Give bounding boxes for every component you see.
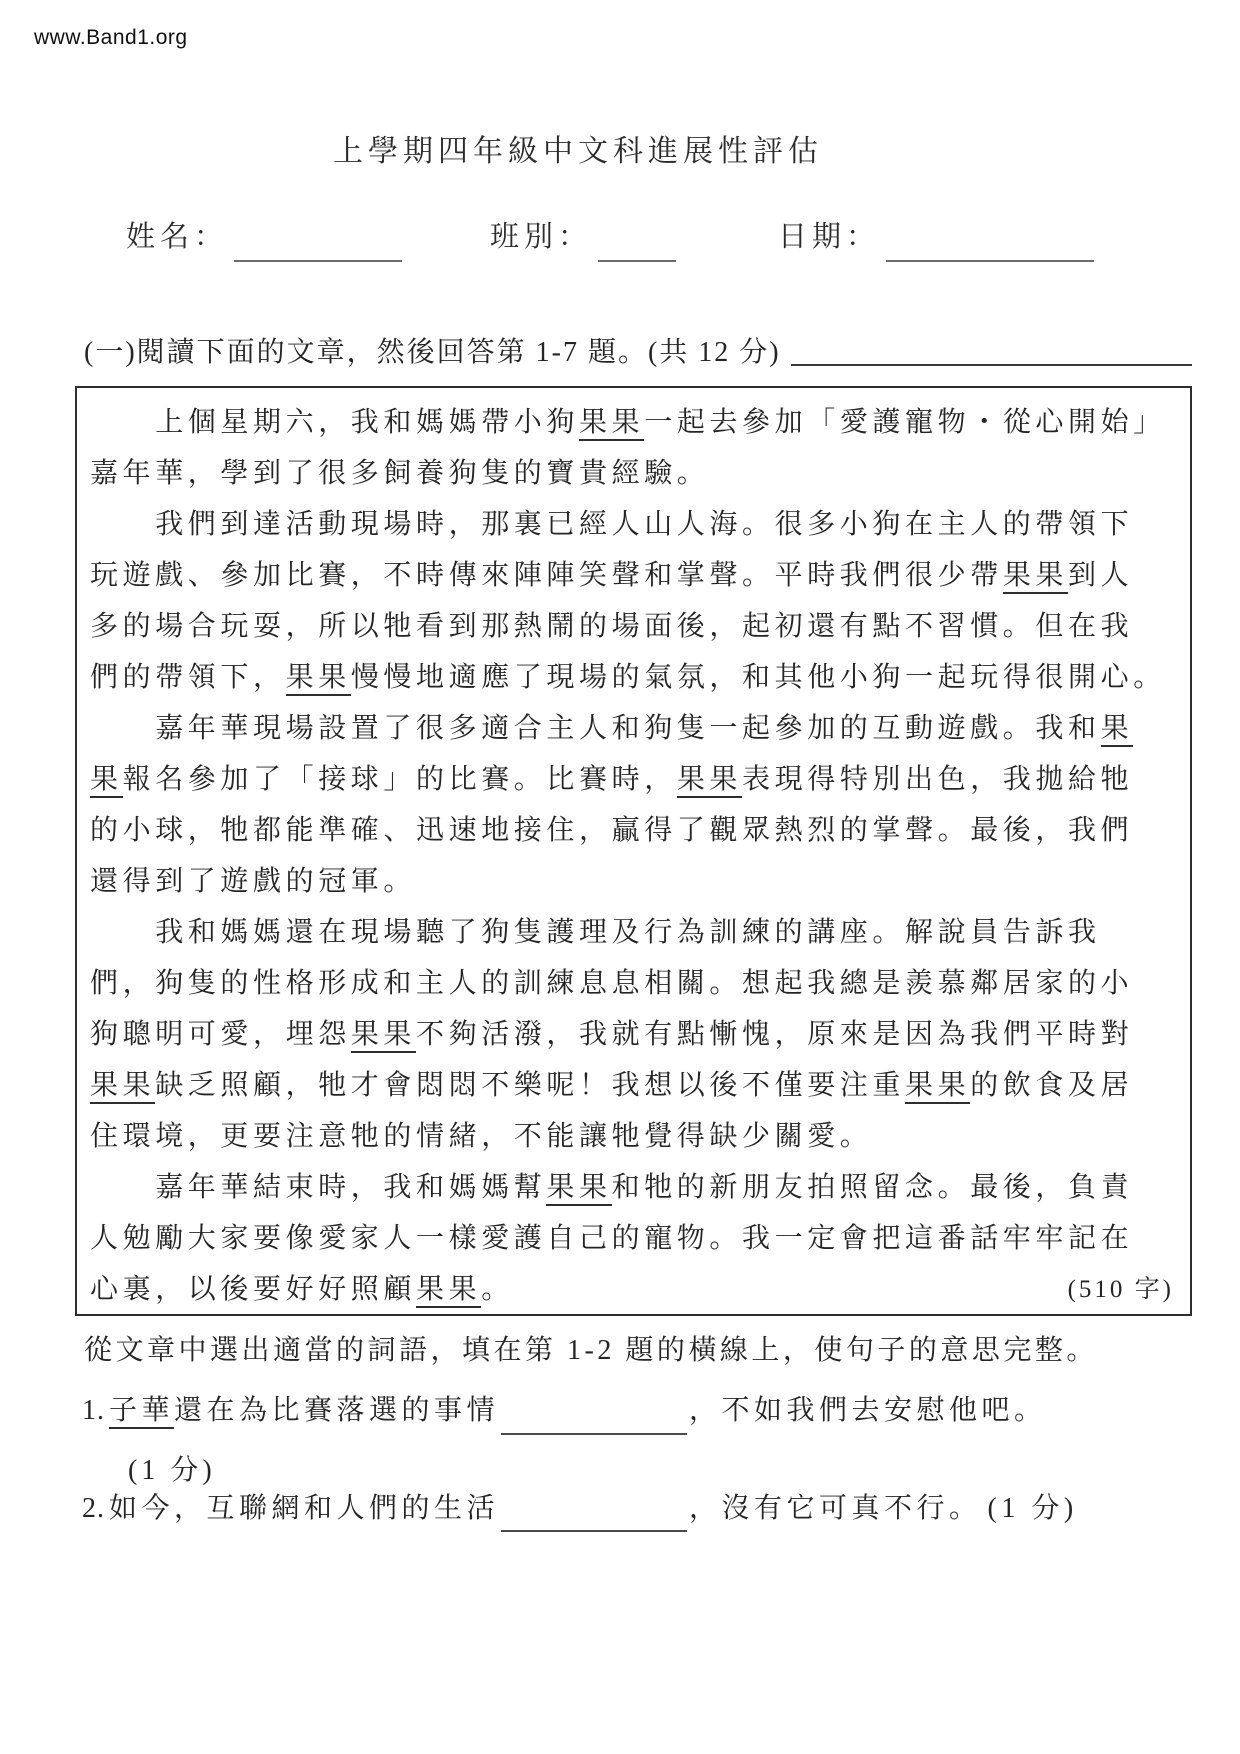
- section-heading: (一)閱讀下面的文章，然後回答第 1-7 題。(共 12 分): [84, 330, 1192, 370]
- passage-line: 果報名參加了「接球」的比賽。比賽時，果果表現得特別出色，我拋給牠: [90, 754, 1178, 805]
- text-segment: 報名參加了「接球」的比賽。比賽時，: [123, 764, 677, 795]
- text-segment: 還在為比賽落選的事情: [174, 1395, 499, 1426]
- text-segment: 我們到達活動現場時，那裏已經人山人海。很多小狗在主人的帶領下: [90, 509, 1133, 540]
- text-segment: 住環境，更要注意牠的情緒，不能讓牠覺得缺少關愛。: [90, 1121, 872, 1152]
- passage-line: 多的場合玩耍，所以牠看到那熱鬧的場面後，起初還有點不習慣。但在我: [90, 601, 1178, 652]
- underlined-word: 果果: [905, 1070, 970, 1104]
- text-segment: 嘉年華，學到了很多飼養狗隻的寶貴經驗。: [90, 458, 709, 489]
- text-segment: 不夠活潑，我就有點慚愧，原來是因為我們平時對: [416, 1019, 1133, 1050]
- text-segment: 缺乏照顧，牠才會悶悶不樂呢！我想以後不僅要注重: [155, 1070, 905, 1101]
- answer-blank-line: [501, 1395, 687, 1435]
- text-segment: 們，狗隻的性格形成和主人的訓練息息相關。想起我總是羨慕鄰居家的小: [90, 968, 1133, 999]
- passage-line: 住環境，更要注意牠的情緒，不能讓牠覺得缺少關愛。: [90, 1111, 1178, 1162]
- passage-lines: 上個星期六，我和媽媽帶小狗果果一起去參加「愛護寵物・從心開始」嘉年華，學到了很多…: [90, 397, 1178, 1315]
- class-blank-line: [598, 260, 676, 262]
- text-segment: 多的場合玩耍，所以牠看到那熱鬧的場面後，起初還有點不習慣。但在我: [90, 611, 1133, 642]
- passage-line: 們，狗隻的性格形成和主人的訓練息息相關。想起我總是羨慕鄰居家的小: [90, 958, 1178, 1009]
- text-segment: 還得到了遊戲的冠軍。: [90, 866, 416, 897]
- passage-box: 上個星期六，我和媽媽帶小狗果果一起去參加「愛護寵物・從心開始」嘉年華，學到了很多…: [75, 386, 1192, 1316]
- heading-rule-line: [791, 364, 1192, 366]
- text-segment: 狗聰明可愛，埋怨: [90, 1019, 351, 1050]
- date-field: 日期：: [778, 214, 1094, 255]
- text-segment: 到人: [1068, 560, 1133, 591]
- name-label: 姓名：: [126, 214, 228, 255]
- class-label: 班別：: [490, 214, 592, 255]
- passage-line: 嘉年華結束時，我和媽媽幫果果和牠的新朋友拍照留念。最後，負責: [90, 1162, 1178, 1213]
- class-field: 班別：: [490, 214, 676, 255]
- word-count: (510 字): [1068, 1264, 1174, 1315]
- underlined-word: 果果: [546, 1172, 611, 1206]
- text-segment: 一起去參加「愛護寵物・從心開始」: [644, 407, 1166, 438]
- student-fields-row: 姓名： 班別： 日期：: [0, 214, 1240, 264]
- text-segment: 的飲食及居: [970, 1070, 1133, 1101]
- passage-line: 嘉年華，學到了很多飼養狗隻的寶貴經驗。: [90, 448, 1178, 499]
- underlined-word: 果果: [90, 1070, 155, 1104]
- text-segment: 嘉年華結束時，我和媽媽幫: [90, 1172, 546, 1203]
- section-heading-text: (一)閱讀下面的文章，然後回答第 1-7 題。(共 12 分): [84, 330, 781, 370]
- name-field: 姓名：: [126, 214, 402, 255]
- questions-instructions: 從文章中選出適當的詞語，填在第 1-2 題的橫線上，使句子的意思完整。: [84, 1328, 1098, 1368]
- text-segment: 嘉年華現場設置了很多適合主人和狗隻一起參加的互動遊戲。我和: [90, 713, 1101, 744]
- name-blank-line: [234, 260, 402, 262]
- page-title: 上學期四年級中文科進展性評估: [0, 126, 1156, 170]
- passage-line: 嘉年華現場設置了很多適合主人和狗隻一起參加的互動遊戲。我和果: [90, 703, 1178, 754]
- question-2: 2.如今，互聯網和人們的生活，沒有它可真不行。(1 分): [82, 1486, 1078, 1532]
- passage-line: 上個星期六，我和媽媽帶小狗果果一起去參加「愛護寵物・從心開始」: [90, 397, 1178, 448]
- text-segment: 們的帶領下，: [90, 662, 286, 693]
- question-marks: (1 分): [988, 1493, 1078, 1524]
- underlined-word: 果果: [579, 407, 644, 441]
- text-segment: 慢慢地適應了現場的氣氛，和其他小狗一起玩得很開心。: [351, 662, 1166, 693]
- text-segment: ，不如我們去安慰他吧。: [689, 1395, 1047, 1426]
- passage-line: 我和媽媽還在現場聽了狗隻護理及行為訓練的講座。解說員告訴我: [90, 907, 1178, 958]
- passage-line: 我們到達活動現場時，那裏已經人山人海。很多小狗在主人的帶領下: [90, 499, 1178, 550]
- passage-line: 還得到了遊戲的冠軍。: [90, 856, 1178, 907]
- text-segment: 上個星期六，我和媽媽帶小狗: [90, 407, 579, 438]
- passage-line: 果果缺乏照顧，牠才會悶悶不樂呢！我想以後不僅要注重果果的飲食及居: [90, 1060, 1178, 1111]
- watermark: www.Band1.org: [34, 26, 188, 50]
- underlined-word: 果: [90, 764, 123, 798]
- text-segment: 心裏，以後要好好照顧: [90, 1274, 416, 1305]
- underlined-word: 果: [1101, 713, 1134, 747]
- exam-page: www.Band1.org 上學期四年級中文科進展性評估 姓名： 班別： 日期：…: [0, 0, 1240, 1754]
- text-segment: 我和媽媽還在現場聽了狗隻護理及行為訓練的講座。解說員告訴我: [90, 917, 1101, 948]
- passage-line: 玩遊戲、參加比賽，不時傳來陣陣笑聲和掌聲。平時我們很少帶果果到人: [90, 550, 1178, 601]
- passage-line: 狗聰明可愛，埋怨果果不夠活潑，我就有點慚愧，原來是因為我們平時對: [90, 1009, 1178, 1060]
- underlined-word: 子華: [109, 1395, 174, 1429]
- underlined-word: 果果: [677, 764, 742, 798]
- text-segment: 如今，互聯網和人們的生活: [109, 1493, 499, 1524]
- answer-blank-line: [501, 1492, 687, 1532]
- underlined-word: 果果: [351, 1019, 416, 1053]
- question-1-marks: (1 分): [128, 1448, 216, 1488]
- question-1: 1.子華還在為比賽落選的事情，不如我們去安慰他吧。: [82, 1388, 1047, 1435]
- question-number: 1.: [82, 1395, 105, 1426]
- text-segment: 表現得特別出色，我拋給牠: [742, 764, 1133, 795]
- text-segment: 。: [481, 1274, 514, 1305]
- date-label: 日期：: [778, 214, 880, 255]
- underlined-word: 果果: [286, 662, 351, 696]
- question-number: 2.: [82, 1493, 105, 1524]
- text-segment: 人勉勵大家要像愛家人一樣愛護自己的寵物。我一定會把這番話牢牢記在: [90, 1223, 1133, 1254]
- date-blank-line: [886, 260, 1094, 262]
- text-segment: 的小球，牠都能準確、迅速地接住，贏得了觀眾熱烈的掌聲。最後，我們: [90, 815, 1133, 846]
- underlined-word: 果果: [416, 1274, 481, 1308]
- passage-line: 人勉勵大家要像愛家人一樣愛護自己的寵物。我一定會把這番話牢牢記在: [90, 1213, 1178, 1264]
- passage-line: 心裏，以後要好好照顧果果。(510 字): [90, 1264, 1178, 1315]
- passage-line: 們的帶領下，果果慢慢地適應了現場的氣氛，和其他小狗一起玩得很開心。: [90, 652, 1178, 703]
- underlined-word: 果果: [1003, 560, 1068, 594]
- text-segment: 玩遊戲、參加比賽，不時傳來陣陣笑聲和掌聲。平時我們很少帶: [90, 560, 1003, 591]
- text-segment: ，沒有它可真不行。: [689, 1493, 982, 1524]
- text-segment: 和牠的新朋友拍照留念。最後，負責: [612, 1172, 1134, 1203]
- passage-line: 的小球，牠都能準確、迅速地接住，贏得了觀眾熱烈的掌聲。最後，我們: [90, 805, 1178, 856]
